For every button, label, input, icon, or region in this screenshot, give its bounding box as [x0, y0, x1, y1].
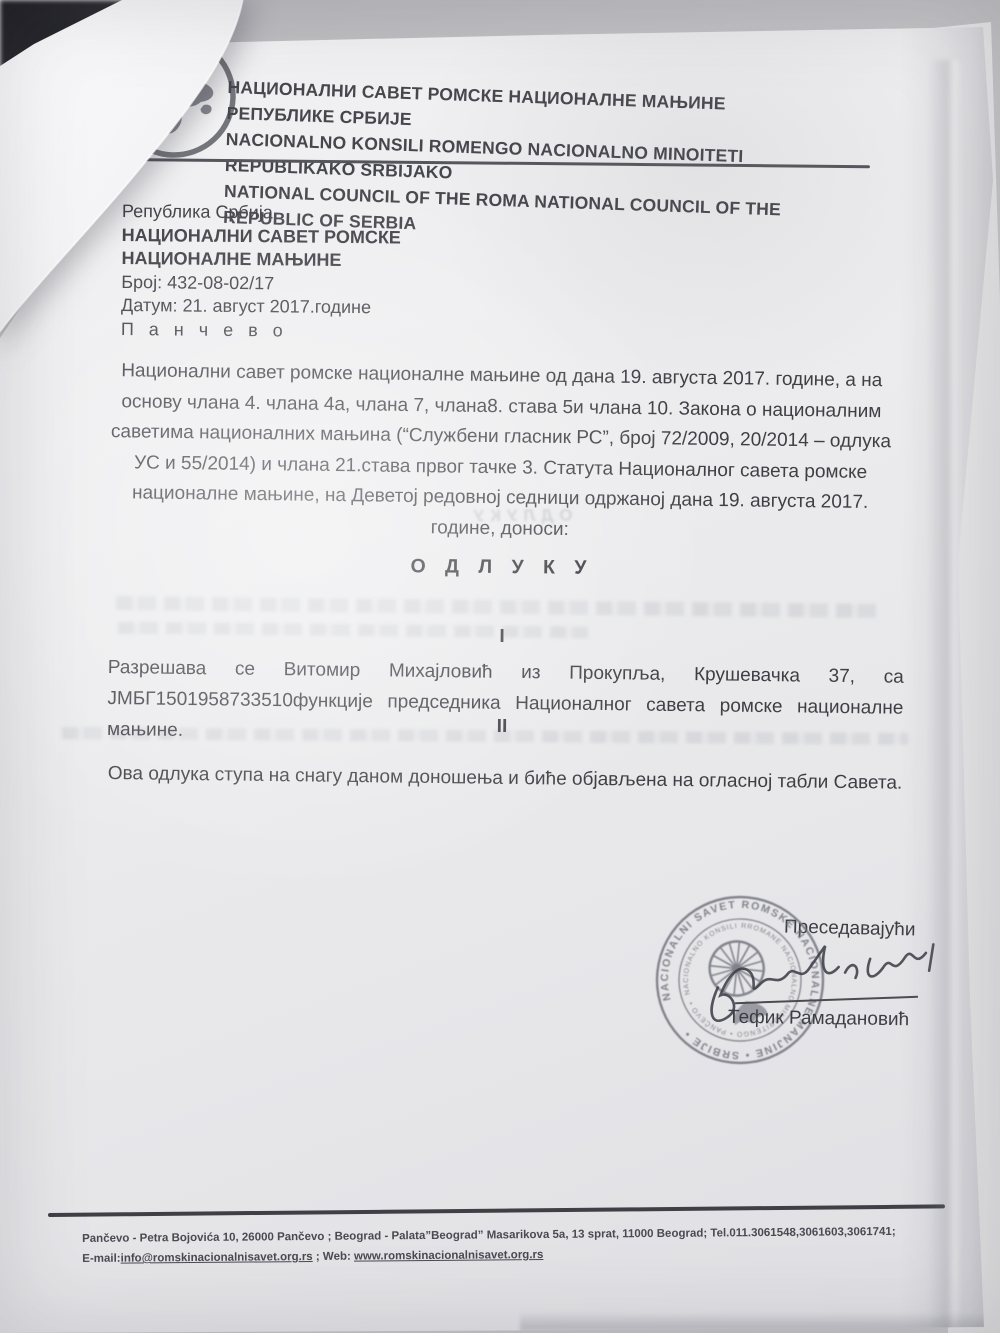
ghost-line	[116, 596, 884, 618]
footer-web-link: www.romskinacionalnisavet.org.rs	[354, 1249, 543, 1263]
footer-email-label: E-mail:	[82, 1253, 120, 1265]
footer-web-label: ; Web:	[313, 1251, 354, 1263]
signatory-name: Тефик Рамадановић	[728, 1007, 909, 1032]
footer-address-b: - Palata”Beograd” Masarikova 5a, 13 spra…	[381, 1226, 896, 1242]
curled-sheet	[0, 0, 392, 410]
footer-rule	[48, 1204, 945, 1217]
section-1-number: I	[106, 623, 898, 652]
footer-city-pancevo: Pančevo	[82, 1233, 129, 1245]
footer-email-link: info@romskinacionalnisavet.org.rs	[121, 1251, 313, 1265]
decision-title: О Д Л У К У	[106, 553, 898, 583]
ghost-title-bleedthrough: ОДЛУКУ	[440, 505, 600, 526]
page-bottom-edge	[520, 1312, 1000, 1333]
footer: Pančevo - Petra Bojovića 10, 26000 Panče…	[82, 1221, 962, 1269]
page-edge-crease	[928, 60, 962, 1333]
footer-address-a: - Petra Bojovića 10, 26000 Pančevo ;	[129, 1231, 334, 1245]
section-2-text: Ова одлука ступа на снагу даном доношења…	[108, 758, 904, 799]
photo-background: ★★★ ★★★ ★★ НАЦИОНАЛНИ САВЕТ РОМСКЕ НАЦИО…	[0, 0, 1000, 1333]
footer-city-beograd: Beograd	[335, 1230, 382, 1242]
